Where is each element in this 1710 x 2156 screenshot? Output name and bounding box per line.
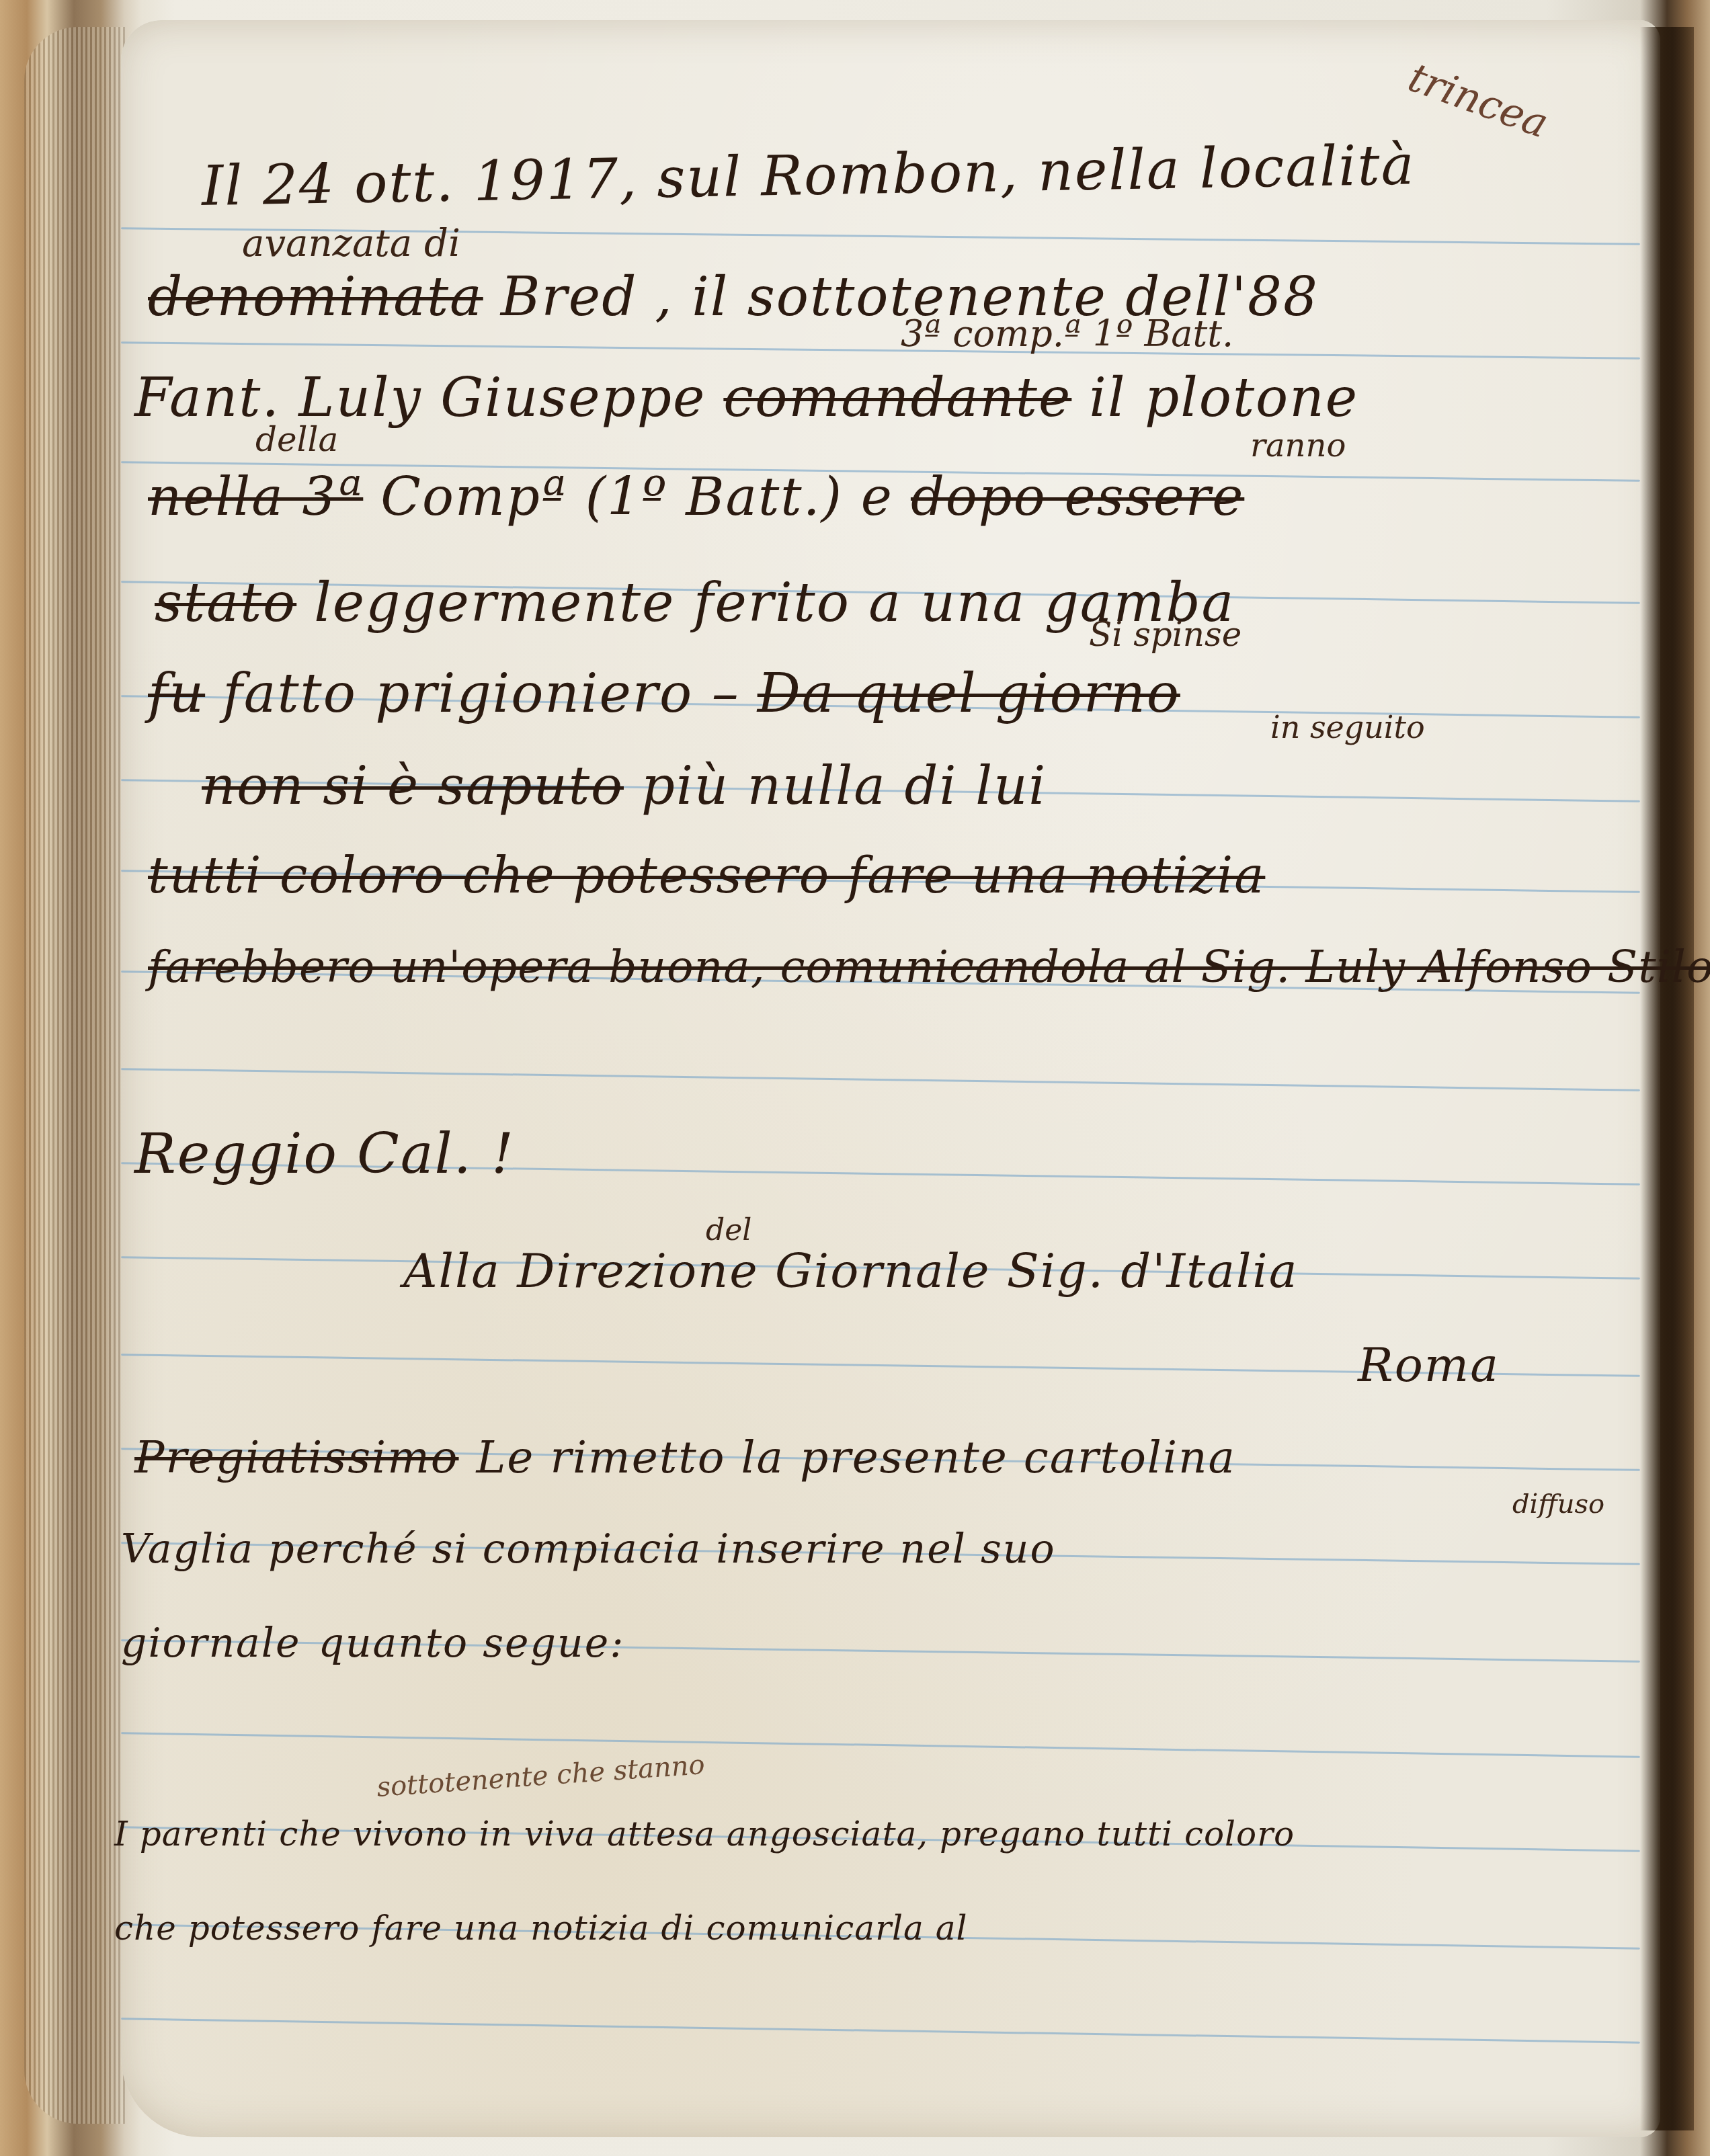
text-run: Compª (1º Batt.) e — [380, 467, 893, 528]
entry1-insert: avanzata di — [242, 222, 460, 265]
struck-word: fu — [148, 662, 205, 724]
struck-word: non si è saputo — [202, 756, 624, 817]
place-name: Bred — [501, 265, 638, 328]
letter-address: Alla Direzione Giornale Sig. d'Italia — [403, 1243, 1298, 1298]
entry1-line6: fufatto prigioniero –Da quel giorno — [148, 662, 1180, 724]
struck-word: comandante — [723, 366, 1071, 429]
struck-word: dopo essere — [911, 467, 1244, 528]
soldier-name: Fant. Luly Giuseppe — [134, 366, 706, 429]
struck-word: nella 3ª — [148, 467, 363, 528]
text-run: il plotone — [1089, 366, 1358, 429]
book-spine-shadow — [1640, 27, 1694, 2130]
text-run: Le rimetto la presente cartolina — [477, 1432, 1236, 1483]
text-run: fatto prigioniero – — [222, 662, 739, 724]
entry1-line4: nella 3ªCompª (1º Batt.) edopo essere — [148, 467, 1244, 528]
letter-body-line2: Vaglia perché si compiacia inserire nel … — [121, 1526, 1056, 1573]
text-run: quanto segue: — [319, 1620, 625, 1667]
entry1-line7: non si è saputopiù nulla di lui — [202, 756, 1047, 817]
text-run: giornale — [121, 1620, 301, 1667]
struck-word: Pregiatissimo — [134, 1432, 459, 1483]
entry1-line9: farebbero un'opera buona, comunicandola … — [148, 941, 1710, 993]
book-photo: trincea Il 24 ott. 1917, sul Rombon, nel… — [0, 0, 1710, 2156]
letter-insert: diffuso — [1512, 1489, 1604, 1520]
entry1-line5: statoleggermente ferito a una gamba — [155, 571, 1235, 634]
text-run: più nulla di lui — [641, 756, 1047, 817]
entry1-line8: tutti coloro che potessero fare una noti… — [148, 847, 1265, 905]
entry1-insert: 3ª comp.ª 1º Batt. — [901, 313, 1233, 355]
struck-word: stato — [155, 571, 296, 634]
entry1-insert: della — [255, 420, 338, 459]
struck-word: Da quel giorno — [758, 662, 1180, 724]
entry1-line10: Reggio Cal. ! — [134, 1122, 515, 1186]
struck-word: denominata — [148, 265, 483, 328]
letter-city: Roma — [1358, 1337, 1500, 1393]
entry1-insert: ranno — [1250, 427, 1346, 464]
letter-body-line1: PregiatissimoLe rimetto la presente cart… — [134, 1432, 1236, 1483]
entry2-line1: I parenti che vivono in viva attesa ango… — [114, 1815, 1295, 1854]
entry1-insert: in seguito — [1270, 709, 1425, 745]
page-edges — [24, 27, 125, 2124]
entry2-line2: che potessero fare una notizia di comuni… — [114, 1909, 968, 1948]
letter-body-line3: giornalequanto segue: — [121, 1620, 624, 1667]
letter-insert: del — [706, 1213, 751, 1247]
entry1-insert: Si spinse — [1089, 615, 1241, 654]
